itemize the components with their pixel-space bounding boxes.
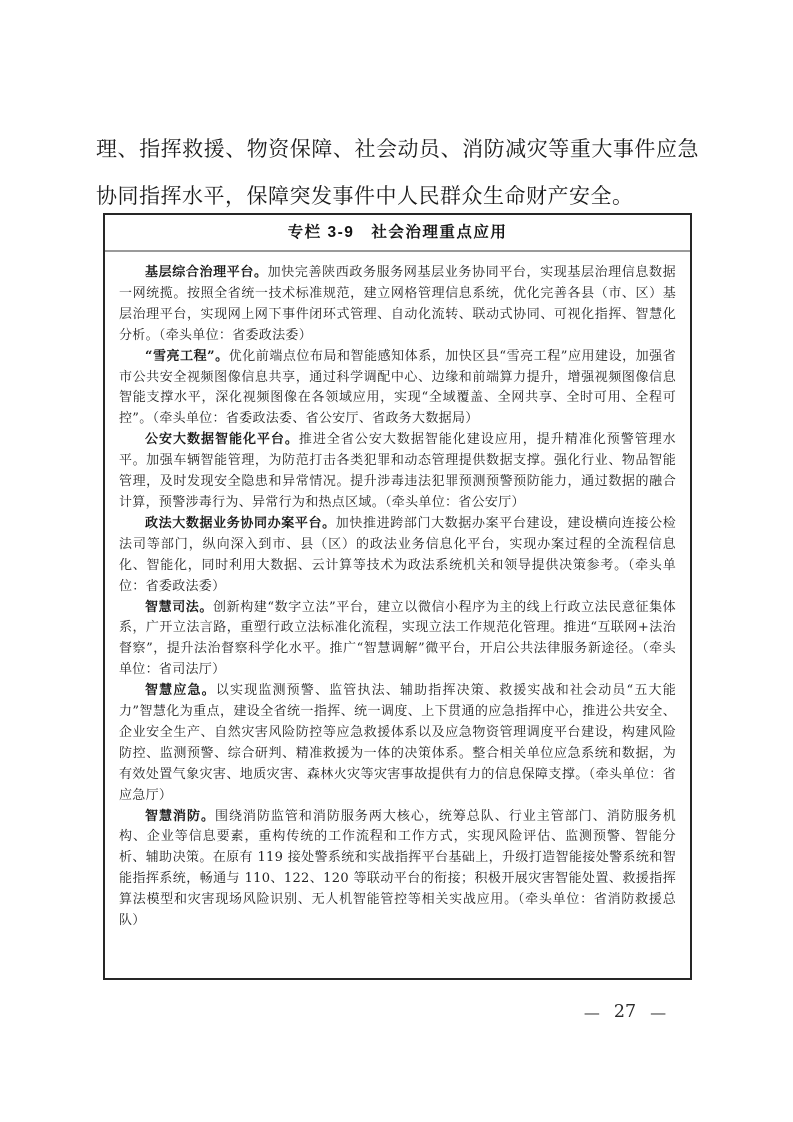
paragraph-lead: 智慧应急。 — [145, 683, 216, 698]
panel-paragraph: 政法大数据业务协同办案平台。加快推进跨部门大数据办案平台建设，建设横向连接公检法… — [119, 514, 676, 598]
paragraph-lead: 基层综合治理平台。 — [145, 265, 268, 280]
page-number-dash-right: — — [650, 1003, 666, 1022]
page-number: — 27 — — [560, 1002, 690, 1022]
paragraph-lead: 公安大数据智能化平台。 — [145, 432, 299, 447]
panel-title: 专栏 3-9 社会治理重点应用 — [105, 215, 690, 252]
panel-paragraph: “雪亮工程”。优化前端点位布局和智能感知体系，加快区县“雪亮工程”应用建设，加强… — [119, 347, 676, 431]
paragraph-body: 以实现监测预警、监管执法、辅助指挥决策、救援实战和社会动员“五大能力”智慧化为重… — [119, 683, 676, 803]
paragraph-lead: 政法大数据业务协同办案平台。 — [145, 516, 336, 531]
page-number-dash-left: — — [584, 1003, 600, 1022]
page-number-value: 27 — [614, 1002, 636, 1022]
panel-paragraph: 基层综合治理平台。加快完善陕西政务服务网基层业务协同平台，实现基层治理信息数据一… — [119, 263, 676, 347]
intro-line-1: 理、指挥救援、物资保障、社会动员、消防减灾等重大事件应急 — [96, 126, 699, 173]
paragraph-lead: 智慧消防。 — [145, 809, 215, 824]
panel-paragraph: 智慧应急。以实现监测预警、监管执法、辅助指挥决策、救援实战和社会动员“五大能力”… — [119, 681, 676, 806]
intro-paragraph: 理、指挥救援、物资保障、社会动员、消防减灾等重大事件应急 协同指挥水平，保障突发… — [96, 126, 699, 220]
paragraph-lead: “雪亮工程”。 — [145, 349, 229, 364]
paragraph-body: 围绕消防监管和消防服务两大核心，统筹总队、行业主管部门、消防服务机构、企业等信息… — [119, 809, 676, 929]
panel-paragraph: 公安大数据智能化平台。推进全省公安大数据智能化建设应用，提升精准化预警管理水平。… — [119, 430, 676, 514]
document-page: 理、指挥救援、物资保障、社会动员、消防减灾等重大事件应急 协同指挥水平，保障突发… — [0, 0, 793, 1122]
panel-paragraph: 智慧消防。围绕消防监管和消防服务两大核心，统筹总队、行业主管部门、消防服务机构、… — [119, 807, 676, 932]
panel-body: 基层综合治理平台。加快完善陕西政务服务网基层业务协同平台，实现基层治理信息数据一… — [105, 252, 690, 940]
column-panel: 专栏 3-9 社会治理重点应用 基层综合治理平台。加快完善陕西政务服务网基层业务… — [103, 213, 692, 980]
panel-paragraph: 智慧司法。创新构建“数字立法”平台，建立以微信小程序为主的线上行政立法民意征集体… — [119, 598, 676, 682]
paragraph-lead: 智慧司法。 — [145, 600, 213, 615]
